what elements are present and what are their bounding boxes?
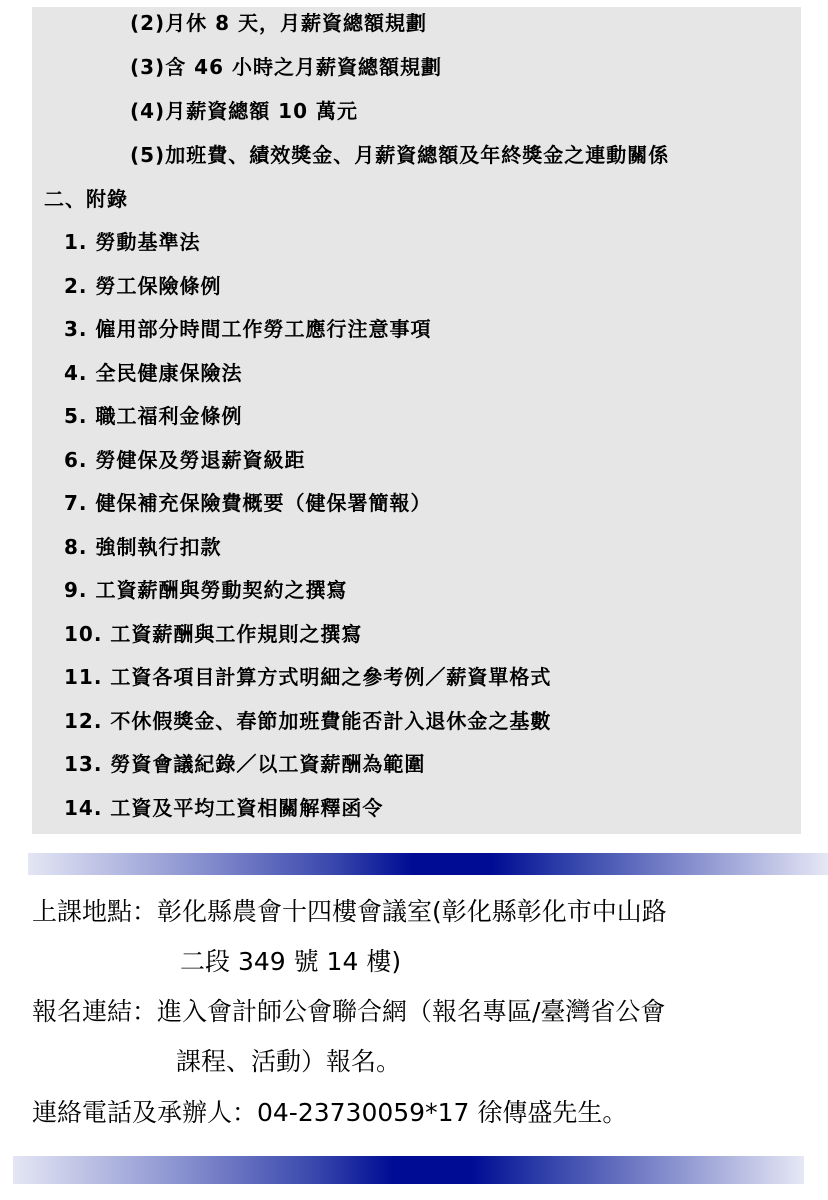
appendix-item: 10. 工資薪酬與工作規則之撰寫: [64, 619, 362, 649]
location-line-2: 二段 349 號 14 樓): [180, 945, 401, 979]
appendix-item: 8. 強制執行扣款: [64, 532, 221, 562]
sub-item-4: (4)月薪資總額 10 萬元: [130, 96, 358, 126]
location-line-1: 上課地點：彰化縣農會十四樓會議室(彰化縣彰化市中山路: [32, 895, 667, 929]
appendix-heading: 二、附錄: [44, 184, 128, 214]
divider-bar-bottom: [13, 1156, 804, 1184]
registration-line-2: 課程、活動）報名。: [176, 1045, 401, 1079]
sub-item-3: (3)含 46 小時之月薪資總額規劃: [130, 52, 442, 82]
appendix-item: 7. 健保補充保險費概要（健保署簡報）: [64, 488, 431, 518]
registration-line-1: 報名連結：進入會計師公會聯合網（報名專區/臺灣省公會: [32, 995, 665, 1029]
appendix-item: 5. 職工福利金條例: [64, 401, 242, 431]
appendix-item: 6. 勞健保及勞退薪資級距: [64, 445, 305, 475]
appendix-item: 9. 工資薪酬與勞動契約之撰寫: [64, 575, 347, 605]
divider-bar-top: [28, 853, 828, 875]
sub-item-5: (5)加班費、績效獎金、月薪資總額及年終獎金之連動關係: [130, 140, 669, 170]
appendix-item: 1. 勞動基準法: [64, 227, 200, 257]
appendix-item: 14. 工資及平均工資相關解釋函令: [64, 793, 383, 823]
sub-item-2: (2)月休 8 天，月薪資總額規劃: [130, 8, 427, 38]
appendix-item: 12. 不休假獎金、春節加班費能否計入退休金之基數: [64, 706, 551, 736]
appendix-item: 2. 勞工保險條例: [64, 271, 221, 301]
contact-line: 連絡電話及承辦人：04-23730059*17 徐傳盛先生。: [32, 1096, 627, 1130]
appendix-item: 3. 僱用部分時間工作勞工應行注意事項: [64, 314, 431, 344]
appendix-item: 11. 工資各項目計算方式明細之參考例／薪資單格式: [64, 662, 551, 692]
appendix-item: 13. 勞資會議紀錄／以工資薪酬為範圍: [64, 749, 425, 779]
appendix-item: 4. 全民健康保險法: [64, 358, 242, 388]
